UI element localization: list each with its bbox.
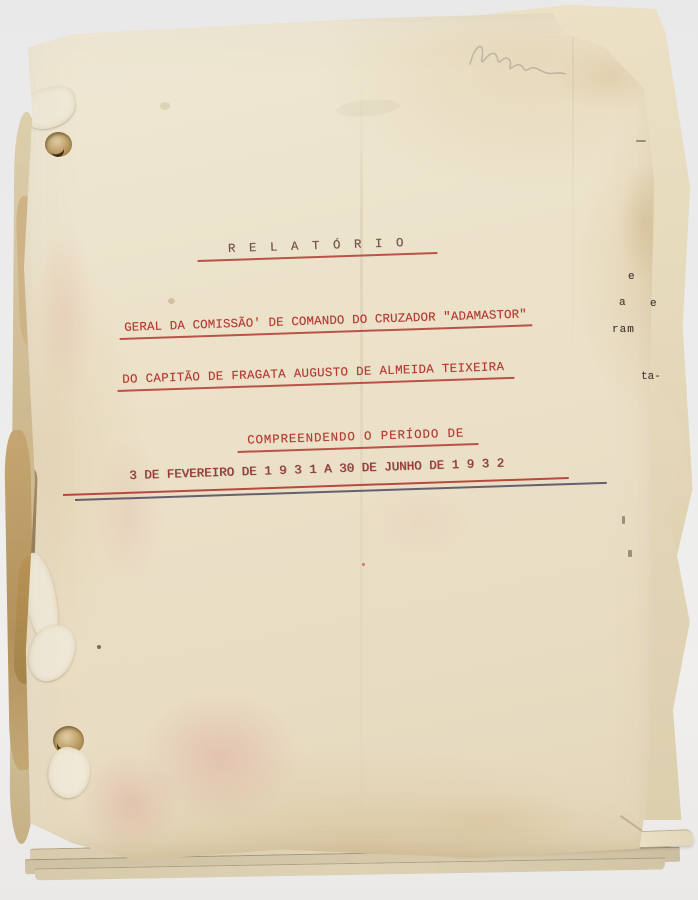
page-edge-text-fragment: ta- — [641, 371, 661, 383]
page-edge-text-fragment: a — [619, 297, 626, 309]
photo-of-archival-report-cover: R E L A T Ó R I O GERAL DA COMISSÃO' DE … — [0, 0, 698, 900]
page-edge-mark — [628, 550, 632, 557]
page-edge-text-fragment: e — [628, 271, 635, 283]
page-edge-mark — [636, 140, 646, 142]
page-edge-text-fragment: ram — [612, 324, 635, 336]
page-edge-text-fragment: e — [650, 298, 657, 310]
page-edge-mark — [622, 516, 625, 524]
pencil-scribble — [455, 30, 575, 90]
